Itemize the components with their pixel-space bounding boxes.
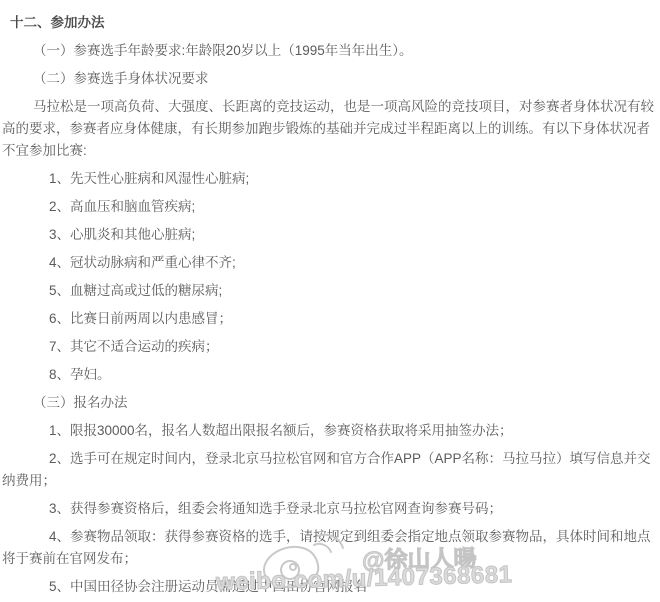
doc-line: 5、血糖过高或过低的糖尿病; (2, 280, 657, 302)
doc-line: 4、冠状动脉病和严重心律不齐; (2, 252, 657, 274)
doc-line: 2、选手可在规定时间内，登录北京马拉松官网和官方合作APP（APP名称：马拉马拉… (2, 448, 657, 492)
doc-line: 6、比赛日前两周以内患感冒； (2, 308, 657, 330)
document-body: 十二、参加办法（一）参赛选手年龄要求:年龄限20岁以上（1995年当年出生）。（… (0, 0, 660, 598)
doc-line: （三）报名办法 (2, 392, 657, 414)
doc-line: 8、孕妇。 (2, 364, 657, 386)
doc-line: 1、限报30000名，报名人数超出限报名额后，参赛资格获取将采用抽签办法； (2, 420, 657, 442)
doc-line: 3、获得参赛资格后，组委会将通知选手登录北京马拉松官网查询参赛号码； (2, 498, 657, 520)
doc-line: 1、先天性心脏病和风湿性心脏病; (2, 168, 657, 190)
section-heading: 十二、参加办法 (2, 12, 657, 34)
doc-line: （二）参赛选手身体状况要求 (2, 68, 657, 90)
doc-line: 4、参赛物品领取：获得参赛资格的选手，请按规定到组委会指定地点领取参赛物品，具体… (2, 526, 657, 570)
doc-line: 2、高血压和脑血管疾病; (2, 196, 657, 218)
doc-line: 马拉松是一项高负荷、大强度、长距离的竞技运动，也是一项高风险的竞技项目，对参赛者… (2, 96, 657, 162)
doc-line: 7、其它不适合运动的疾病； (2, 336, 657, 358)
doc-line: 3、心肌炎和其他心脏病; (2, 224, 657, 246)
doc-line: 5、中国田径协会注册运动员需通过中国田协官网报名 (2, 576, 657, 598)
doc-line: （一）参赛选手年龄要求:年龄限20岁以上（1995年当年出生）。 (2, 40, 657, 62)
